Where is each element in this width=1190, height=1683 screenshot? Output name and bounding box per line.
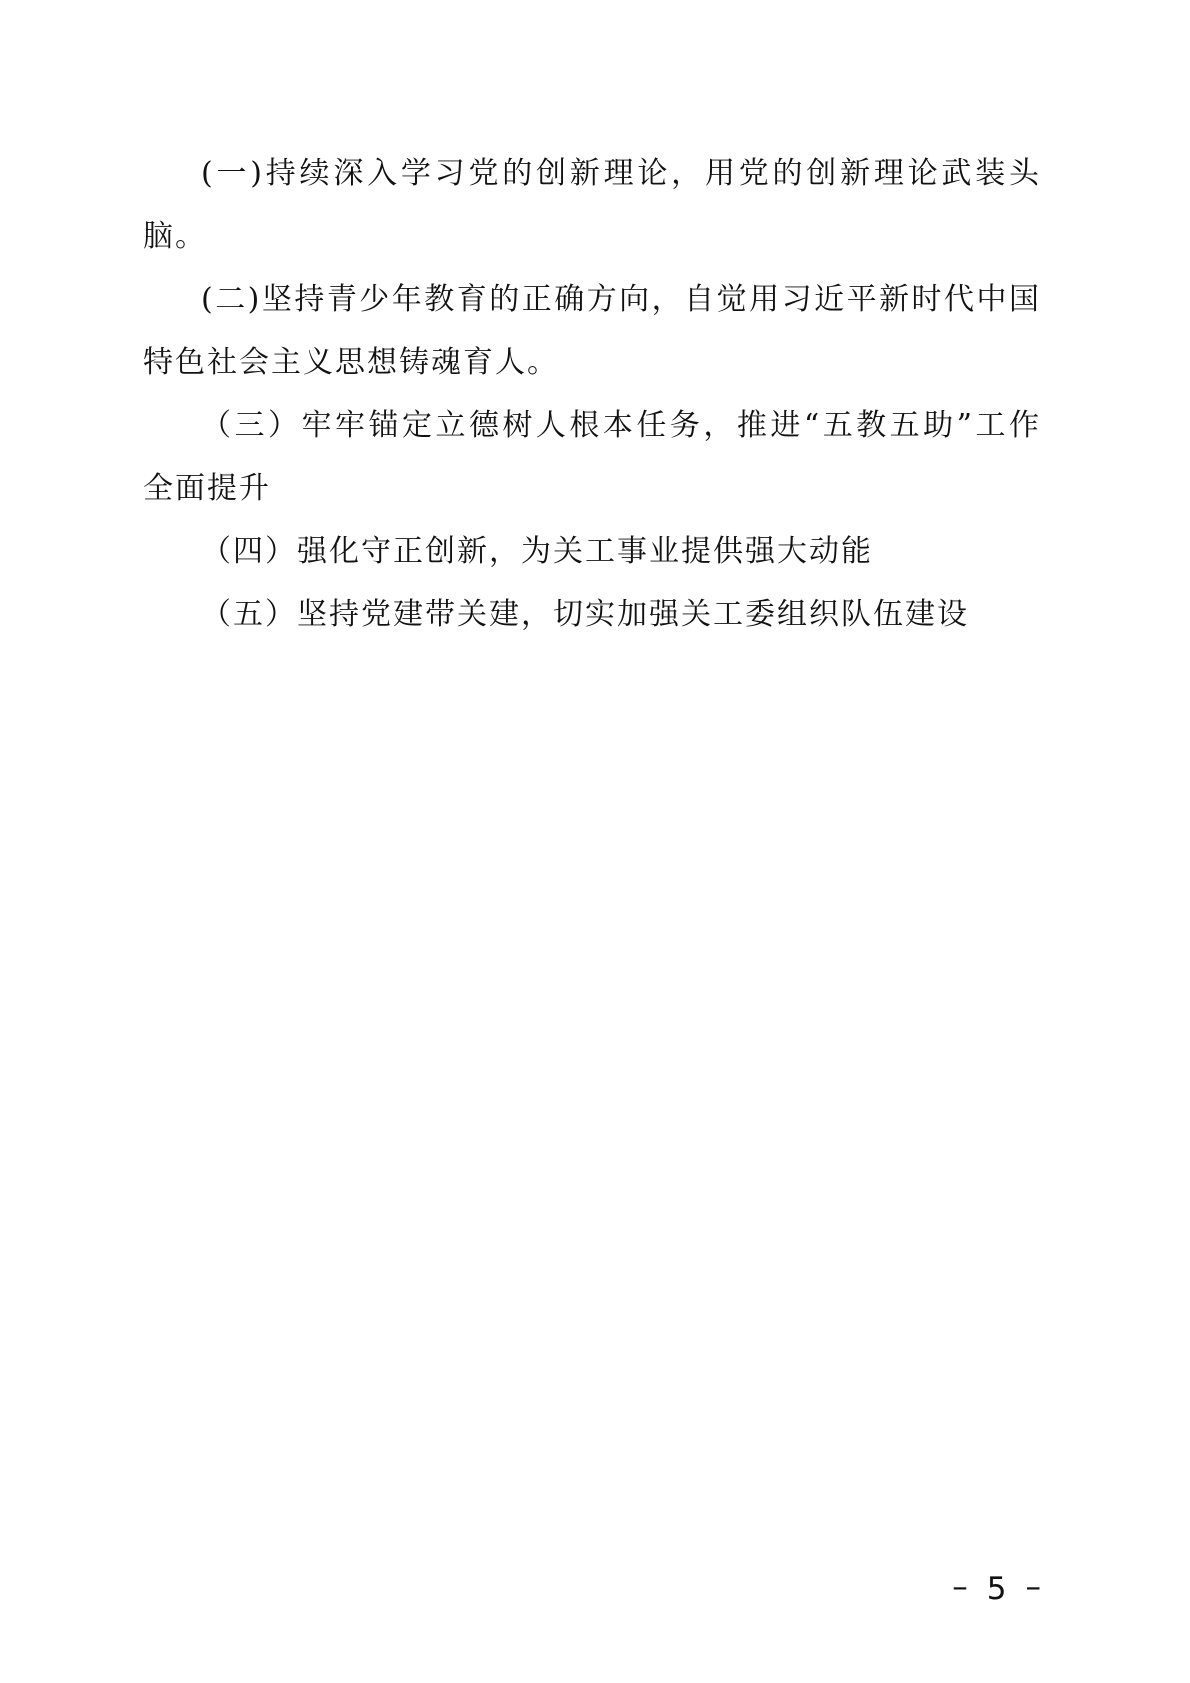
para-1-line-1: (一)持续深入学习党的创新理论，用党的创新理论武装头 [143,142,1041,205]
page-number: 5 [987,1574,1007,1605]
page-number-dash-right: – [1026,1572,1042,1603]
document-page: (一)持续深入学习党的创新理论，用党的创新理论武装头 脑。 (二)坚持青少年教育… [0,0,1190,1683]
para-4-line-1: （四）强化守正创新，为关工事业提供强大动能 [143,520,1041,583]
para-5-line-1: （五）坚持党建带关建，切实加强关工委组织队伍建设 [143,583,1041,646]
para-2-line-2: 特色社会主义思想铸魂育人。 [143,331,1041,394]
para-3-line-1: （三）牢牢锚定立德树人根本任务，推进“五教五助”工作 [143,394,1041,457]
para-3-line-2: 全面提升 [143,457,1041,520]
page-number-dash-left: – [952,1572,968,1603]
page-footer: – 5 – [952,1574,1041,1605]
document-content: (一)持续深入学习党的创新理论，用党的创新理论武装头 脑。 (二)坚持青少年教育… [143,142,1041,646]
para-1-line-2: 脑。 [143,205,1041,268]
para-2-line-1: (二)坚持青少年教育的正确方向，自觉用习近平新时代中国 [143,268,1041,331]
